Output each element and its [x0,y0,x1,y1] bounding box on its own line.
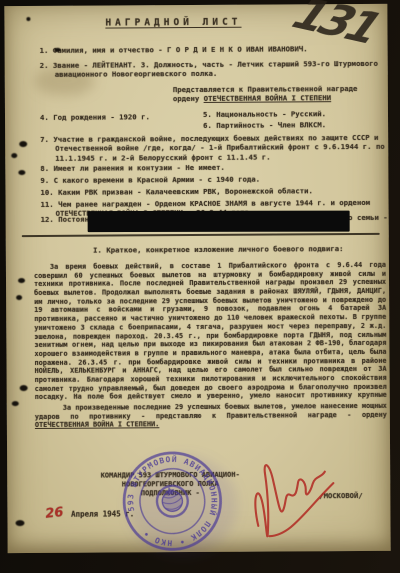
ink-blot [19,141,27,147]
item-5-text: Национальность - Русский. [216,109,326,119]
handwritten-date-day: 26 [45,505,65,522]
item-8-wounds: 8. Имеет ли ранения и контузии - Не имее… [40,162,395,174]
item-1-num: 1. [40,46,49,55]
item-10-text: Каким РВК призван - Калачеевским РВК, Во… [58,186,313,197]
feat-heading: I. Краткое, конкретное изложение личного… [86,244,351,255]
item-4-text: Год рождения - 1920 г. [53,112,150,122]
item-10-num: 10. [40,188,53,197]
redaction-bar [88,211,350,232]
scanned-award-sheet: 131 НАГРАДНОЙ ЛИСТ 1. Фамилия, имя и отч… [0,0,400,573]
item-7-war-participation: 7. Участие в гражданской войне, последую… [40,133,400,164]
ink-blot [18,278,25,283]
item-2-text: Звание - ЛЕЙТЕНАНТ. 3. Должность, часть … [53,59,378,79]
item-8-num: 8. [40,164,49,173]
item-5-nationality: 5. Национальность - Русский. [203,109,398,120]
ink-blot [18,170,25,175]
item-6-text: Партийность - Член ВЛКСМ. [216,120,326,130]
signature-autograph [235,442,354,551]
ink-blot [15,520,24,526]
ink-blot [26,17,30,21]
ink-blot [11,153,17,158]
presentation-line2-prefix: ордену [173,94,204,103]
ink-blot [55,48,61,52]
order-name: ОТЕЧЕСТВЕННАЯ ВОЙНА I СТЕПЕНИ [204,94,331,104]
item-12-num: 12. [41,215,54,224]
item-10-drafted-by: 10. Каким РВК призван - Калачеевским РВК… [40,186,400,198]
presentation-note: Представляется к Правительственной награ… [173,84,385,104]
item-5-num: 5. [203,110,212,119]
ink-blot [12,401,19,406]
item-9-army-since: 9. С какого времени в Красной Армии - с … [40,174,395,186]
item-8-text: Имеет ли ранения и контузии - Не имеет. [54,163,225,173]
signature-autograph-icon [235,442,354,551]
item-9-text: С какого времени в Красной Армии - с 194… [54,175,261,185]
item-1-text: Фамилия, имя и отчество - Г О Р Д И Е Н … [53,44,308,55]
item-9-num: 9. [40,176,49,185]
item-7-num: 7. [40,135,49,144]
item-2-num: 2. [40,61,49,70]
item-6-num: 6. [203,121,212,130]
regiment-stamp: 593 ШТУРМОВОЙ АВИАЦИОННЫЙ ПОЛК • НКО • [108,437,237,566]
item-7-text: Участие в гражданской войне, последующих… [53,133,384,163]
item-4-num: 4. [40,113,49,122]
conclusion-order-name: ОТЕЧЕСТВЕННАЯ ВОЙНА I СТЕПЕНИ. [35,421,160,430]
regiment-stamp-icon: 593 ШТУРМОВОЙ АВИАЦИОННЫЙ ПОЛК • НКО • [108,437,237,566]
feat-conclusion: За произведенные последние 29 успешных б… [35,402,387,430]
feat-paragraph: За время боевых действий, в составе 1 Пр… [34,261,387,402]
divider-rule [22,233,380,238]
item-11-num: 11. [41,200,54,209]
document-title: НАГРАДНОЙ ЛИСТ [64,16,282,28]
ink-blot [16,295,22,300]
item-1-name: 1. Фамилия, имя и отчество - Г О Р Д И Е… [40,44,390,56]
conclusion-text: За произведенные последние 29 успешных б… [35,402,387,421]
ink-blot [20,385,28,391]
item-6-party: 6. Партийность - Член ВЛКСМ. [203,120,398,131]
item-4-birth-year: 4. Год рождения - 1920 г. [40,112,215,123]
paper-sheet: 131 НАГРАДНОЙ ЛИСТ 1. Фамилия, имя и отч… [4,4,390,553]
item-2-rank-duty: 2. Звание - ЛЕЙТЕНАНТ. 3. Должность, час… [40,59,400,80]
